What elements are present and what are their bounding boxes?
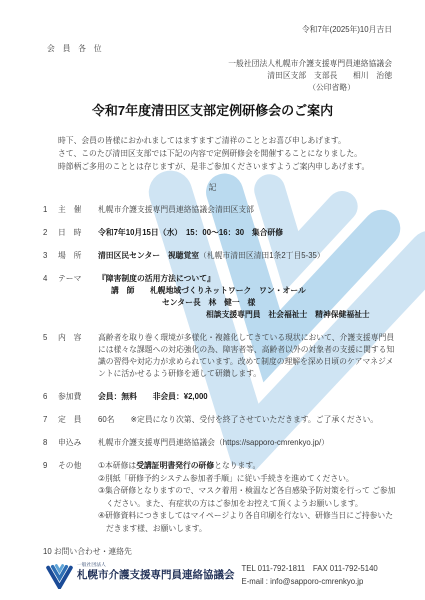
place-name: 清田区民センター 視聴覚室 — [98, 251, 199, 260]
item-label: テーマ — [58, 273, 98, 321]
item-number: 6 — [43, 391, 58, 403]
recipient-line: 会 員 各 位 — [47, 43, 425, 55]
others-note-3: ③集合研修となりますので、マスク着用・検温など各自感染予防対策を行って ご参加 — [98, 485, 398, 498]
footer-org-name: 札幌市介護支援専門員連絡協議会 — [77, 569, 235, 582]
item-number: 8 — [43, 437, 58, 449]
detail-items: 1 主 催 札幌市介護支援専門員連絡協議会清田区支部 2 日 時 令和7年10月… — [43, 204, 425, 535]
description-line: 識の習得や対応力が求められています。改めて制度の理解を深め日頃のケアマネジメ — [98, 356, 398, 368]
record-mark: 記 — [0, 182, 425, 194]
footer: 一般社団法人 札幌市介護支援専門員連絡協議会 TEL 011-792-1811 … — [46, 561, 425, 589]
item-label: その他 — [58, 460, 98, 535]
item-label: 日 時 — [58, 227, 98, 239]
lecturer-qualifications: 相談支援専門員 社会福祉士 精神保健福祉士 — [98, 309, 398, 321]
sender-title-name: 清田区支部 支部長 相川 治徳 — [0, 70, 392, 82]
footer-tel-fax: TEL 011-792-1811 FAX 011-792-5140 — [242, 563, 378, 576]
item-host: 1 主 催 札幌市介護支援専門員連絡協議会清田区支部 — [43, 204, 425, 216]
others-note-4: ④研修資料につきましてはマイページより各自印刷を行ない、研修当日にご持参いた — [98, 510, 398, 523]
item-number: 9 — [43, 460, 58, 535]
note1-emphasis: 受講証明書発行の研修 — [136, 461, 214, 470]
item-label: 申込み — [58, 437, 98, 449]
theme-title: 『障害制度の活用方法について』 — [98, 273, 398, 285]
item-number: 1 — [43, 204, 58, 216]
sender-organization: 一般社団法人札幌市介護支援専門員連絡協議会 — [0, 58, 392, 70]
item-theme: 4 テーマ 『障害制度の活用方法について』 講 師 札幌地域づくりネットワーク … — [43, 273, 425, 321]
item-others: 9 その他 ①本研修は受講証明書発行の研修となります。 ②別紙「研修予約システム… — [43, 460, 425, 535]
greeting-paragraph: 時下、会員の皆様におかれましてはますますご清祥のこととお喜び申しあげます。 さて… — [58, 134, 405, 173]
item-number: 2 — [43, 227, 58, 239]
datetime-value: 令和7年10月15日（水） 15：00～16：30 集合研修 — [98, 227, 398, 239]
document-title: 令和7年度清田区支部定例研修会のご案内 — [0, 103, 425, 119]
others-note-1: ①本研修は受講証明書発行の研修となります。 — [98, 460, 398, 473]
description-line: には様々な課題への対応強化の為、障害者等、高齢者以外の対象者の支援に関する知 — [98, 344, 398, 356]
lecturer-affiliation: 講 師 札幌地域づくりネットワーク ワン・オール — [98, 285, 398, 297]
others-note-2: ②別紙「研修予約システム参加者手順」に従い手続きを進めてください。 — [98, 473, 398, 486]
others-notes: ①本研修は受講証明書発行の研修となります。 ②別紙「研修予約システム参加者手順」… — [98, 460, 398, 535]
others-note-4-continued: だきます様、お願いします。 — [98, 523, 398, 536]
description-paragraph: 高齢者を取り巻く環境が多様化・複雑化してきている現状において、介護支援専門員 に… — [98, 332, 398, 380]
place-address: （札幌市清田区清田1条2丁目5-35） — [199, 251, 325, 260]
seal-omitted-note: （公印省略） — [0, 82, 392, 94]
greeting-line: 時下、会員の皆様におかれましてはますますご清祥のこととお喜び申しあげます。 — [58, 134, 405, 147]
greeting-line: さて、このたび清田区支部では下記の内容で定例研修会を開催することになりました。 — [58, 147, 405, 160]
application-value: 札幌市介護支援専門員連絡協議会（https://sapporo-cmrenkyo… — [98, 437, 398, 449]
others-note-3-continued: ください。また、有症状の方はご参加をお控えて頂くようお願いします。 — [98, 498, 398, 511]
item-place: 3 場 所 清田区民センター 視聴覚室（札幌市清田区清田1条2丁目5-35） — [43, 250, 425, 262]
item-number: 4 — [43, 273, 58, 321]
place-value: 清田区民センター 視聴覚室（札幌市清田区清田1条2丁目5-35） — [98, 250, 398, 262]
document-page: 令和7年(2025年)10月吉日 会 員 各 位 一般社団法人札幌市介護支援専門… — [0, 0, 425, 600]
note1-post: となります。 — [214, 461, 260, 470]
item-label: 主 催 — [58, 204, 98, 216]
item-label: 参加費 — [58, 391, 98, 403]
description-line: ントに活かせるよう研修を通して研鑽します。 — [98, 368, 398, 380]
item-number: 5 — [43, 332, 58, 380]
sender-block: 一般社団法人札幌市介護支援専門員連絡協議会 清田区支部 支部長 相川 治徳 （公… — [0, 58, 425, 94]
capacity-count: 60名 — [98, 414, 114, 426]
item-datetime: 2 日 時 令和7年10月15日（水） 15：00～16：30 集合研修 — [43, 227, 425, 239]
description-line: 高齢者を取り巻く環境が多様化・複雑化してきている現状において、介護支援専門員 — [98, 332, 398, 344]
capacity-value: 60名※定員になり次第、受付を終了させていただきます。ご了承ください。 — [98, 414, 398, 426]
item-label: 定 員 — [58, 414, 98, 426]
item-number: 3 — [43, 250, 58, 262]
document-date: 令和7年(2025年)10月吉日 — [0, 0, 425, 36]
footer-email: E-mail : info@sapporo-cmrenkyo.jp — [242, 576, 378, 589]
fee-value: 会員：無料 非会員：¥2,000 — [98, 391, 398, 403]
host-value: 札幌市介護支援専門員連絡協議会清田区支部 — [98, 204, 398, 216]
footer-contact-block: TEL 011-792-1811 FAX 011-792-5140 E-mail… — [242, 563, 378, 588]
item-fee: 6 参加費 会員：無料 非会員：¥2,000 — [43, 391, 425, 403]
org-logo-icon — [46, 564, 73, 589]
note1-pre: ①本研修は — [98, 461, 136, 470]
item-number: 7 — [43, 414, 58, 426]
item-application: 8 申込み 札幌市介護支援専門員連絡協議会（https://sapporo-cm… — [43, 437, 425, 449]
item-description: 5 内 容 高齢者を取り巻く環境が多様化・複雑化してきている現状において、介護支… — [43, 332, 425, 380]
footer-org-block: 一般社団法人 札幌市介護支援専門員連絡協議会 — [77, 561, 235, 582]
greeting-line: 時節柄ご多用のこととは存じますが、是非ご参加くださいますようご案内申しあげます。 — [58, 160, 405, 173]
lecturer-name: センター長 林 健一 様 — [98, 297, 398, 309]
theme-block: 『障害制度の活用方法について』 講 師 札幌地域づくりネットワーク ワン・オール… — [98, 273, 398, 321]
contact-heading: 10 お問い合わせ・連絡先 — [43, 546, 425, 558]
item-capacity: 7 定 員 60名※定員になり次第、受付を終了させていただきます。ご了承ください… — [43, 414, 425, 426]
item-label: 内 容 — [58, 332, 98, 380]
capacity-note: ※定員になり次第、受付を終了させていただきます。ご了承ください。 — [130, 415, 378, 424]
item-label: 場 所 — [58, 250, 98, 262]
